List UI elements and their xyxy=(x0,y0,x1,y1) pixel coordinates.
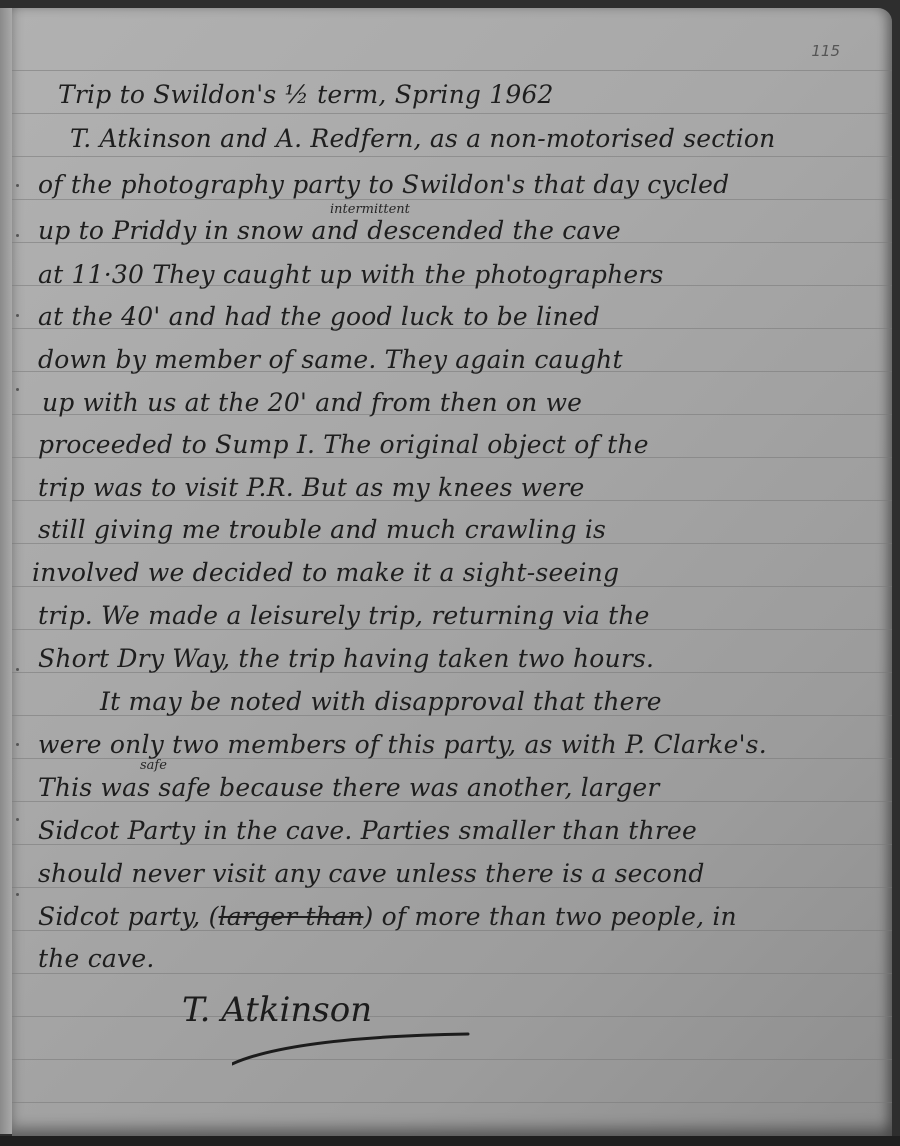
margin-dot xyxy=(16,743,19,746)
text-line: It may be noted with disapproval that th… xyxy=(100,687,662,716)
margin-dot xyxy=(16,234,19,237)
insertion-intermittent: intermittent xyxy=(330,202,410,217)
margin-dot xyxy=(16,668,19,671)
rule-line xyxy=(12,113,892,114)
page-bottom-shadow xyxy=(0,1136,900,1146)
text-line: Sidcot Party in the cave. Parties smalle… xyxy=(38,816,697,845)
text-line: involved we decided to make it a sight-s… xyxy=(32,558,619,587)
margin-dot xyxy=(16,314,19,317)
close-paren: ) xyxy=(363,902,373,931)
text-line: were only two members of this party, as … xyxy=(38,730,767,759)
text-line: trip. We made a leisurely trip, returnin… xyxy=(38,601,650,630)
text-line-with-strike: Sidcot party, (larger than) of more than… xyxy=(38,902,737,931)
notebook-page: 115 Trip to Swildon's ½ term, Spring 196… xyxy=(12,8,892,1136)
text-line: This was safe because there was another,… xyxy=(38,773,660,802)
text-line: still giving me trouble and much crawlin… xyxy=(38,515,606,544)
margin-dot xyxy=(16,388,19,391)
text-fragment: Sidcot party, xyxy=(38,902,200,931)
entry-title: Trip to Swildon's ½ term, Spring 1962 xyxy=(58,80,554,109)
notebook-spread: 115 Trip to Swildon's ½ term, Spring 196… xyxy=(0,0,900,1146)
rule-line xyxy=(12,1102,892,1103)
rule-line xyxy=(12,1016,892,1017)
text-line: T. Atkinson and A. Redfern, as a non-mot… xyxy=(70,124,775,153)
page-number: 115 xyxy=(811,42,840,60)
text-line: trip was to visit P.R. But as my knees w… xyxy=(38,473,585,502)
struck-text: larger than xyxy=(219,902,364,931)
rule-line xyxy=(12,156,892,157)
margin-dot xyxy=(16,818,19,821)
text-fragment: of more than two people, in xyxy=(382,902,737,931)
rule-line xyxy=(12,199,892,200)
text-line: at the 40' and had the good luck to be l… xyxy=(38,302,600,331)
signature: T. Atkinson xyxy=(182,990,372,1030)
margin-dot xyxy=(16,184,19,187)
insertion-safe: safe xyxy=(140,758,167,773)
text-line: up to Priddy in snow and descended the c… xyxy=(38,216,621,245)
text-line: Short Dry Way, the trip having taken two… xyxy=(38,644,654,673)
rule-line xyxy=(12,70,892,71)
text-line: down by member of same. They again caugh… xyxy=(38,345,623,374)
text-line: of the photography party to Swildon's th… xyxy=(38,170,729,199)
text-line: the cave. xyxy=(38,944,154,973)
rule-line xyxy=(12,973,892,974)
text-line: up with us at the 20' and from then on w… xyxy=(42,388,582,417)
text-line: should never visit any cave unless there… xyxy=(38,859,705,888)
text-line: at 11·30 They caught up with the photogr… xyxy=(38,260,664,289)
text-line: proceeded to Sump I. The original object… xyxy=(38,430,649,459)
margin-dot xyxy=(16,893,19,896)
signature-flourish xyxy=(232,1028,472,1068)
